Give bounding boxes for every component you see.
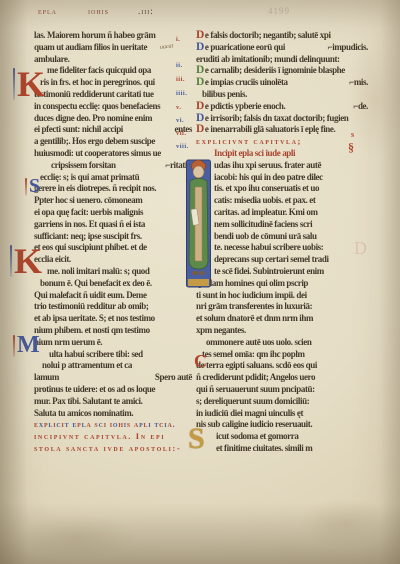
illuminated-initial-k-karissime-2: K: [14, 243, 42, 279]
text-line: nolui p attramentum et ca: [34, 360, 194, 372]
text-line: te. necesse habui scribere uobis:: [196, 242, 370, 254]
pencil-folio-mark: 4199: [268, 6, 290, 16]
text-line: protinus te uidere: et os ad os loque: [34, 384, 194, 396]
text-line: Ppter hoc si uenero. cōmoneam: [34, 195, 194, 207]
text-line: tes semel omīa: qm ihc poplm: [196, 349, 370, 361]
colored-capitulum-initial: D: [196, 76, 205, 88]
text-line: udas ihu xpi seruus. frater autē: [196, 160, 370, 172]
running-header-iohis: iohis: [88, 6, 109, 16]
manuscript-page: epla iohis .iii: 4199 las. Maiorem horum…: [0, 0, 400, 564]
text-line: in iudiciū diei magni uinculis ęt: [196, 408, 370, 420]
text-line: et solum dnatorē et dnm nrm ihm: [196, 313, 370, 325]
text-line: me. noli imitari malū: s; quod: [34, 266, 194, 278]
colored-capitulum-initial: D: [196, 123, 205, 135]
text-line: gerere in eis diotrepes. ñ recipit nos.: [34, 183, 194, 195]
text-line: et ab ipsa ueritate. S; et nos testimo: [34, 313, 194, 325]
text-line: las. Maiorem horum ñ habeo grām: [34, 30, 194, 42]
text-line: nem sollicitudinē faciens scri: [196, 219, 370, 231]
text-line: testimoniū reddiderunt caritati tue: [34, 89, 194, 101]
right-aligned-catchword: ⌐impudicis.: [328, 42, 369, 54]
text-line: nium phibem. et nosti qm testimo: [34, 325, 194, 337]
illuminated-initial-m-multa: M: [17, 333, 40, 357]
text-line: stola sancta ivde apostoli:-: [34, 443, 194, 455]
illuminated-initial-k-karissime-1: K: [17, 66, 45, 102]
colored-capitulum-initial: D: [196, 41, 205, 53]
text-line: trio testimoniū redditur ab omib;: [34, 301, 194, 313]
quire-mark-bottom: §: [348, 140, 354, 155]
text-line: De inenarrabili glā saluatoris ī eplę fi…: [196, 124, 370, 136]
text-line: icut sodoma et gomorra: [196, 431, 370, 443]
illuminated-initial-c-commonere: C: [194, 352, 207, 370]
right-aligned-catchword: Spero autē: [155, 372, 192, 384]
text-line: Saluta tu amicos nominatim.: [34, 408, 194, 420]
chapter-number: iiii.: [176, 90, 187, 97]
chapter-number: iii.: [176, 76, 185, 83]
right-text-column: De falsis doctorib; negantib; salutē xpi…: [196, 30, 370, 455]
text-line: cripsissem forsitan⌐ritatis.: [34, 160, 194, 172]
colored-capitulum-initial: D: [196, 29, 205, 41]
colored-capitulum-initial: D: [196, 64, 205, 76]
historiated-initial-i-saint-figure: [186, 155, 212, 291]
text-line: nis sub caligine iudicio reseruauit.: [196, 419, 370, 431]
colored-capitulum-initial: D: [196, 100, 205, 112]
text-line: xpm negantes.: [196, 325, 370, 337]
text-line: bilibus penis.: [196, 89, 370, 101]
parchment-stain: [300, 498, 390, 548]
text-line: De irrisorib; falsis dn taxat doctorib; …: [196, 113, 370, 125]
text-line: ecclia eicit.: [34, 254, 194, 266]
text-line: catis: misedia uobis. et pax. et: [196, 195, 370, 207]
running-header-epla: epla: [38, 6, 57, 16]
text-line: De puaricatione eorū qui⌐impudicis.: [196, 42, 370, 54]
text-line: explicit epla sci iohis apli tcia.: [34, 419, 194, 431]
text-line: et eos qui suscipiunt phibet. et de: [34, 242, 194, 254]
text-line: De carnalib; desideriis ī ignominie blas…: [196, 65, 370, 77]
colored-capitulum-initial: D: [196, 112, 205, 124]
text-line: ecclię: s; is qui amat primatū: [34, 172, 194, 184]
chapter-number: vi.: [176, 117, 184, 124]
text-line: de terra egipti saluans. scdō eos qui: [196, 360, 370, 372]
text-line: ris in frs. et hoc in peregrinos. qui: [34, 77, 194, 89]
text-line: huiusmodi: ut cooperatores simus ue: [34, 148, 194, 160]
text-line: a gentilib;. Hos ergo debem suscipe: [34, 136, 194, 148]
text-line: s; dereliquerunt suum domiciliū:: [196, 396, 370, 408]
text-line: quidam homines qui olim pscrip: [196, 278, 370, 290]
text-line: iacobi: his qui in deo patre dilec: [196, 172, 370, 184]
text-line: ti sunt in hoc iudicium impii. dei: [196, 290, 370, 302]
left-text-column: las. Maiorem horum ñ habeo grāmquam ut a…: [34, 30, 194, 455]
text-line: sufficiant: neq; ipse suscipit frs.: [34, 231, 194, 243]
text-line: bonum ē. Qui benefacit ex deo ē.: [34, 278, 194, 290]
illuminated-initial-s-scripsissem: S: [29, 176, 40, 196]
text-line: bendi uob de cōmuni urā salu: [196, 231, 370, 243]
text-line: in conspectu ecclię: quos benefaciens: [34, 101, 194, 113]
text-line: De impias cruciis uinolēta⌐mis.: [196, 77, 370, 89]
text-line: duces digne deo. Pro nomine enim: [34, 113, 194, 125]
text-line: De pdictis ypberie enoch.⌐de.: [196, 101, 370, 113]
right-aligned-catchword: ⌐mis.: [349, 77, 368, 89]
text-line: explicivnt capitvla;: [196, 136, 370, 148]
text-line: te scē fidei. Subintroierunt enim: [196, 266, 370, 278]
chapter-number: v.: [176, 104, 182, 111]
text-line: tis. et xpo ihu conseruatis et uo: [196, 183, 370, 195]
text-line: Qui malefacit ñ uidit eum. Deme: [34, 290, 194, 302]
text-line: ommonere autē uos uolo. scien: [196, 337, 370, 349]
illuminated-initial-s-sicut: S: [188, 424, 205, 454]
text-line: caritas. ad impleatur. Kmi om: [196, 207, 370, 219]
text-line: nri grām transferentes in luxuriā:: [196, 301, 370, 313]
text-line: garriens in nos. Et quasi ñ ei ista: [34, 219, 194, 231]
text-line: incipivnt capitvla. In epi: [34, 431, 194, 443]
chapter-number: ii.: [176, 62, 183, 69]
chapter-number: i.: [176, 36, 180, 43]
text-line: ei pfecti sunt: nichil accipientes: [34, 124, 194, 136]
text-line: nium nrm uerum ē.: [34, 337, 194, 349]
parchment-stain: [18, 515, 138, 559]
text-line: et finitime ciuitates. simili m: [196, 443, 370, 455]
text-line: lamumSpero autē: [34, 372, 194, 384]
text-line: eruditi ab imitationib; mundi delinquunt…: [196, 54, 370, 66]
text-line: me fideliter facis quicquid opa: [34, 65, 194, 77]
chapter-number: vii.: [176, 130, 187, 137]
text-line: ñ crediderunt pdidit; Angelos uero: [196, 372, 370, 384]
text-line: Incipit epla sci iude apli: [196, 148, 370, 160]
text-line: De falsis doctorib; negantib; salutē xpi: [196, 30, 370, 42]
right-aligned-catchword: ⌐de.: [353, 101, 368, 113]
text-line: ulta habui scribere tibi: sed: [34, 349, 194, 361]
text-line: ei opa quę facit: uerbis malignis: [34, 207, 194, 219]
chapter-number: viii.: [176, 143, 189, 150]
text-line: mur. Pax tibi. Salutant te amici.: [34, 396, 194, 408]
saint-figure-illustration: [186, 155, 212, 291]
text-line: qui ñ seruauerunt suum pncipatū:: [196, 384, 370, 396]
quire-mark-top: s: [351, 130, 354, 139]
running-header-number: .iii:: [138, 6, 154, 16]
text-line: ambulare.: [34, 54, 194, 66]
text-line: deprecans sup certari semel tradi: [196, 254, 370, 266]
